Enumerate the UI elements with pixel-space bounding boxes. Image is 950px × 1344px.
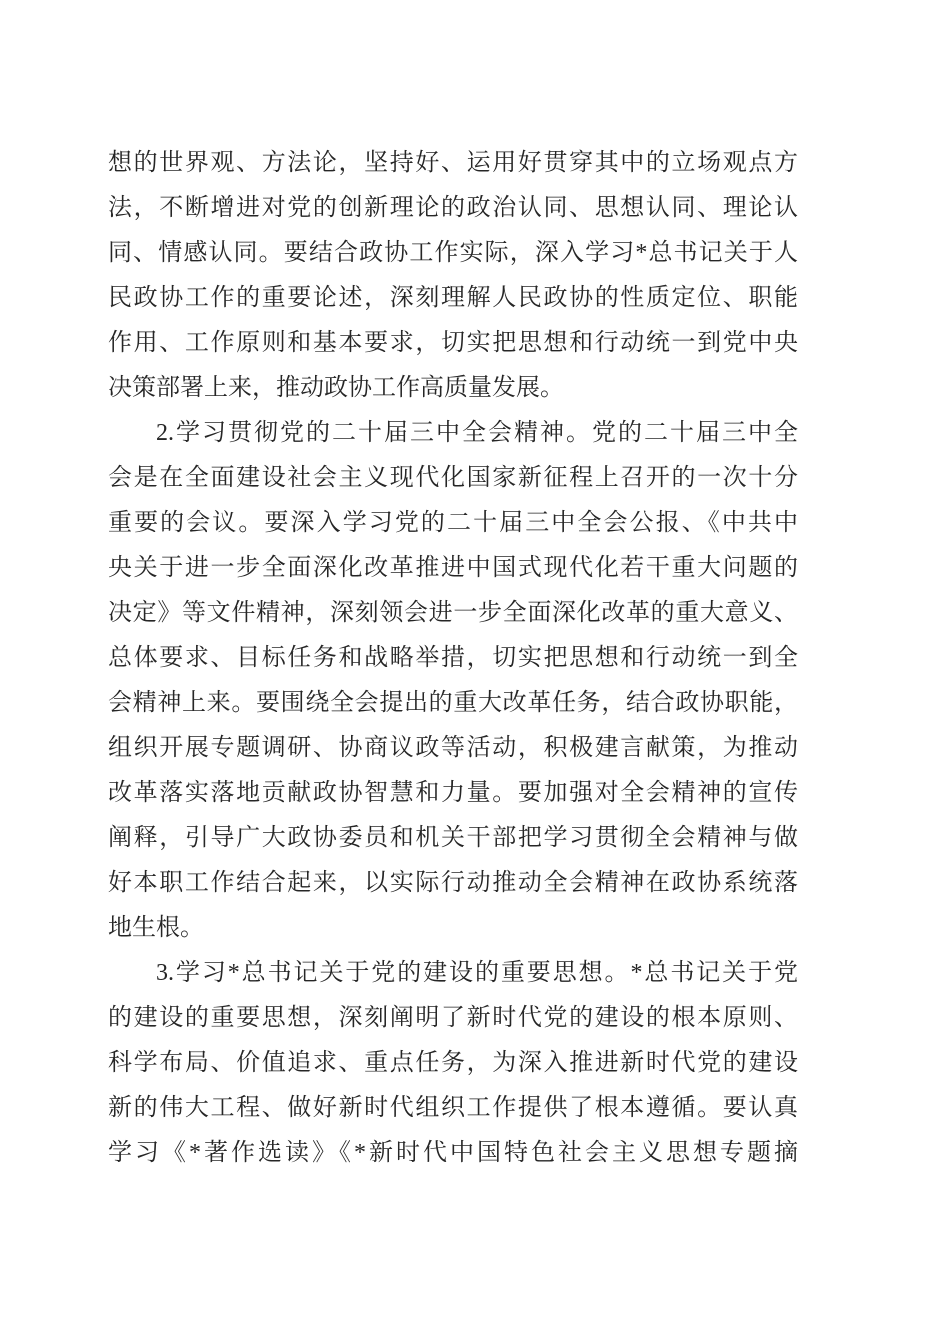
text-line: 科学布局、价值追求、重点任务，为深入推进新时代党的建设 [108,1041,798,1086]
text-line: 2.学习贯彻党的二十届三中全会精神。党的二十届三中全 [108,411,798,456]
text-line: 3.学习*总书记关于党的建设的重要思想。*总书记关于党 [108,951,798,996]
text-line: 作用、工作原则和基本要求，切实把思想和行动统一到党中央 [108,321,798,366]
text-line: 的建设的重要思想，深刻阐明了新时代党的建设的根本原则、 [108,996,798,1041]
text-line: 会精神上来。要围绕全会提出的重大改革任务，结合政协职能， [108,681,798,726]
text-line: 改革落实落地贡献政协智慧和力量。要加强对全会精神的宣传 [108,771,798,816]
document-page: 想的世界观、方法论，坚持好、运用好贯穿其中的立场观点方法，不断增进对党的创新理论… [108,141,798,1176]
text-line: 好本职工作结合起来，以实际行动推动全会精神在政协系统落 [108,861,798,906]
text-line: 新的伟大工程、做好新时代组织工作提供了根本遵循。要认真 [108,1086,798,1131]
text-line: 想的世界观、方法论，坚持好、运用好贯穿其中的立场观点方 [108,141,798,186]
text-line: 会是在全面建设社会主义现代化国家新征程上召开的一次十分 [108,456,798,501]
text-line: 同、情感认同。要结合政协工作实际，深入学习*总书记关于人 [108,231,798,276]
text-line: 决策部署上来，推动政协工作高质量发展。 [108,366,798,411]
text-line: 组织开展专题调研、协商议政等活动，积极建言献策，为推动 [108,726,798,771]
text-line: 决定》等文件精神，深刻领会进一步全面深化改革的重大意义、 [108,591,798,636]
text-line: 重要的会议。要深入学习党的二十届三中全会公报、《中共中 [108,501,798,546]
text-line: 民政协工作的重要论述，深刻理解人民政协的性质定位、职能 [108,276,798,321]
paragraph: 2.学习贯彻党的二十届三中全会精神。党的二十届三中全会是在全面建设社会主义现代化… [108,411,798,951]
paragraph: 3.学习*总书记关于党的建设的重要思想。*总书记关于党的建设的重要思想，深刻阐明… [108,951,798,1176]
text-line: 总体要求、目标任务和战略举措，切实把思想和行动统一到全 [108,636,798,681]
text-line: 央关于进一步全面深化改革推进中国式现代化若干重大问题的 [108,546,798,591]
text-line: 阐释，引导广大政协委员和机关干部把学习贯彻全会精神与做 [108,816,798,861]
text-line: 学习《*著作选读》《*新时代中国特色社会主义思想专题摘 [108,1131,798,1176]
text-line: 地生根。 [108,906,798,951]
text-line: 法，不断增进对党的创新理论的政治认同、思想认同、理论认 [108,186,798,231]
paragraph: 想的世界观、方法论，坚持好、运用好贯穿其中的立场观点方法，不断增进对党的创新理论… [108,141,798,411]
